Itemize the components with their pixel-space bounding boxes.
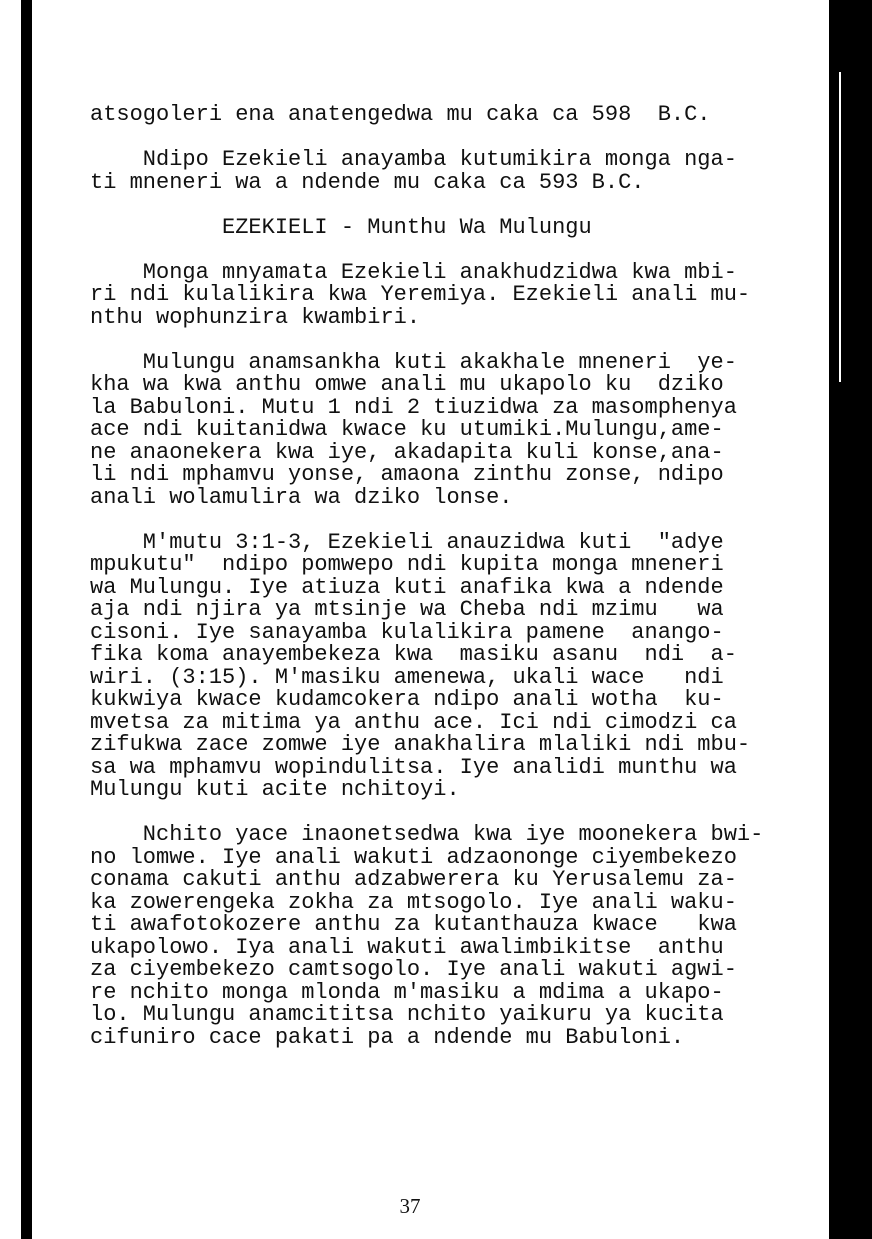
text-line: Nchito yace inaonetsedwa kwa iye mooneke…: [90, 824, 830, 847]
text-line: ace ndi kuitanidwa kwace ku utumiki.Mulu…: [90, 419, 830, 442]
paragraph-spacer: [90, 194, 830, 217]
text-line: ri ndi kulalikira kwa Yeremiya. Ezekieli…: [90, 284, 830, 307]
text-line: re nchito monga mlonda m'masiku a mdima …: [90, 982, 830, 1005]
text-line: ka zowerengeka zokha za mtsogolo. Iye an…: [90, 892, 830, 915]
text-line: aja ndi njira ya mtsinje wa Cheba ndi mz…: [90, 599, 830, 622]
text-line: ti mneneri wa a ndende mu caka ca 593 B.…: [90, 172, 830, 195]
text-line: la Babuloni. Mutu 1 ndi 2 tiuzidwa za ma…: [90, 397, 830, 420]
text-line: fika koma anayembekeza kwa masiku asanu …: [90, 644, 830, 667]
paragraph: Ndipo Ezekieli anayamba kutumikira monga…: [90, 149, 830, 194]
paragraph-spacer: [90, 329, 830, 352]
text-line: wa Mulungu. Iye atiuza kuti anafika kwa …: [90, 577, 830, 600]
paragraph-spacer: [90, 127, 830, 150]
paragraph-spacer: [90, 509, 830, 532]
text-line: li ndi mphamvu yonse, amaona zinthu zons…: [90, 464, 830, 487]
paragraph-spacer: [90, 802, 830, 825]
text-line: anali wolamulira wa dziko lonse.: [90, 487, 830, 510]
section-heading: EZEKIELI - Munthu Wa Mulungu: [90, 217, 830, 240]
text-line: Mulungu kuti acite nchitoyi.: [90, 779, 830, 802]
heading-text: EZEKIELI - Munthu Wa Mulungu: [90, 217, 830, 240]
text-line: conama cakuti anthu adzabwerera ku Yerus…: [90, 869, 830, 892]
text-line: wiri. (3:15). M'masiku amenewa, ukali wa…: [90, 667, 830, 690]
text-line: za ciyembekezo camtsogolo. Iye anali wak…: [90, 959, 830, 982]
text-line: ukapolowo. Iya anali wakuti awalimbikits…: [90, 937, 830, 960]
text-line: mpukutu" ndipo pomwepo ndi kupita monga …: [90, 554, 830, 577]
paragraph: atsogoleri ena anatengedwa mu caka ca 59…: [90, 104, 830, 127]
text-line: cifuniro cace pakati pa a ndende mu Babu…: [90, 1027, 830, 1050]
text-line: lo. Mulungu anamcititsa nchito yaikuru y…: [90, 1004, 830, 1027]
paragraph: Mulungu anamsankha kuti akakhale mneneri…: [90, 352, 830, 510]
paragraph-spacer: [90, 239, 830, 262]
text-line: M'mutu 3:1-3, Ezekieli anauzidwa kuti "a…: [90, 532, 830, 555]
document-page-body: atsogoleri ena anatengedwa mu caka ca 59…: [90, 104, 830, 1049]
text-line: ne anaonekera kwa iye, akadapita kuli ko…: [90, 442, 830, 465]
text-line: Mulungu anamsankha kuti akakhale mneneri…: [90, 352, 830, 375]
text-line: ti awafotokozere anthu za kutanthauza kw…: [90, 914, 830, 937]
text-line: no lomwe. Iye anali wakuti adzaononge ci…: [90, 847, 830, 870]
paragraph: M'mutu 3:1-3, Ezekieli anauzidwa kuti "a…: [90, 532, 830, 802]
text-line: nthu wophunzira kwambiri.: [90, 307, 830, 330]
text-line: kukwiya kwace kudamcokera ndipo anali wo…: [90, 689, 830, 712]
scan-right-edge-highlight: [839, 72, 841, 382]
page-number: 37: [0, 1194, 820, 1219]
text-line: zifukwa zace zomwe iye anakhalira mlalik…: [90, 734, 830, 757]
paragraph: Monga mnyamata Ezekieli anakhudzidwa kwa…: [90, 262, 830, 330]
text-line: cisoni. Iye sanayamba kulalikira pamene …: [90, 622, 830, 645]
paragraph: Nchito yace inaonetsedwa kwa iye mooneke…: [90, 824, 830, 1049]
text-line: Ndipo Ezekieli anayamba kutumikira monga…: [90, 149, 830, 172]
text-line: kha wa kwa anthu omwe anali mu ukapolo k…: [90, 374, 830, 397]
scan-right-edge-shadow: [829, 0, 872, 1239]
text-line: Monga mnyamata Ezekieli anakhudzidwa kwa…: [90, 262, 830, 285]
text-line: mvetsa za mitima ya anthu ace. Ici ndi c…: [90, 712, 830, 735]
scan-left-edge-shadow: [21, 0, 32, 1239]
text-line: sa wa mphamvu wopindulitsa. Iye analidi …: [90, 757, 830, 780]
text-line: atsogoleri ena anatengedwa mu caka ca 59…: [90, 104, 830, 127]
